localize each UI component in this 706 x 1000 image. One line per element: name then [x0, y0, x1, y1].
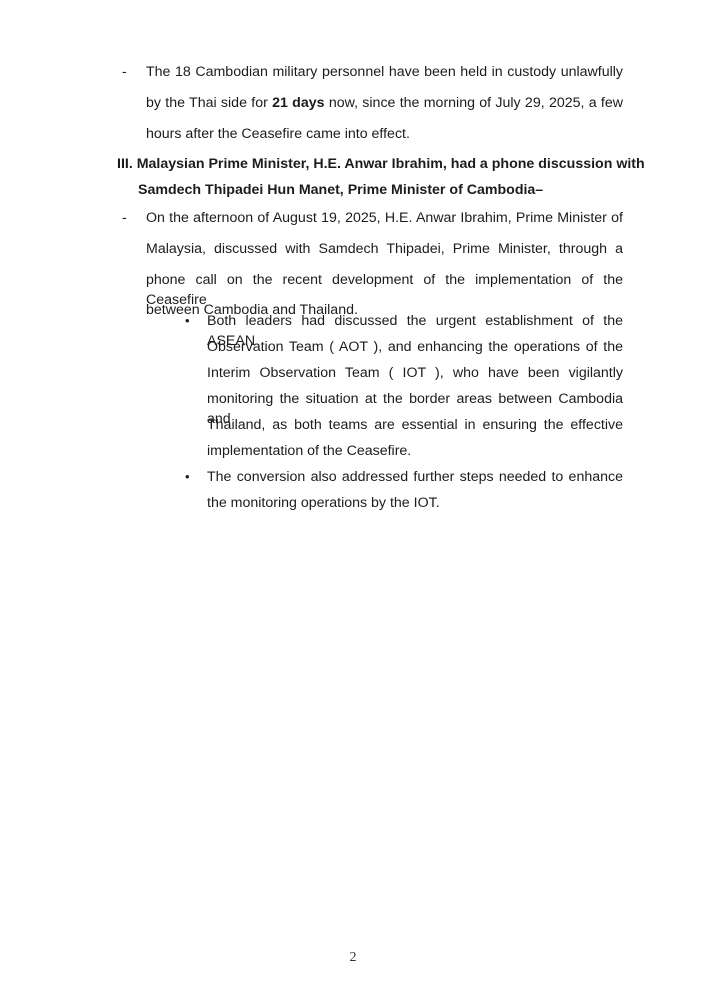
paragraph-line: On the afternoon of August 19, 2025, H.E…: [146, 208, 623, 228]
emphasis-days: 21 days: [272, 95, 324, 111]
bullet-line: Interim Observation Team ( IOT ), who ha…: [207, 363, 623, 383]
custody-line-2: by the Thai side for 21 days now, since …: [146, 93, 623, 113]
bullet-line: The conversion also addressed further st…: [207, 467, 623, 487]
bullet-icon: •: [185, 311, 190, 331]
text-segment: by the Thai side for: [146, 95, 272, 111]
page-number: 2: [0, 950, 706, 966]
bullet-line: Thailand, as both teams are essential in…: [207, 415, 623, 435]
bullet-line: Observation Team ( AOT ), and enhancing …: [207, 337, 623, 357]
section-heading-line-1: III. Malaysian Prime Minister, H.E. Anwa…: [117, 154, 645, 174]
custody-line-3: hours after the Ceasefire came into effe…: [146, 124, 410, 144]
custody-line-1: The 18 Cambodian military personnel have…: [146, 62, 623, 82]
section-heading-line-2: Samdech Thipadei Hun Manet, Prime Minist…: [138, 180, 543, 200]
dash-marker: -: [122, 62, 127, 82]
paragraph-line: Malaysia, discussed with Samdech Thipade…: [146, 239, 623, 259]
bullet-line: implementation of the Ceasefire.: [207, 441, 411, 461]
bullet-icon: •: [185, 467, 190, 487]
dash-marker: -: [122, 208, 127, 228]
bullet-line: the monitoring operations by the IOT.: [207, 493, 440, 513]
text-segment: now, since the morning of July 29, 2025,…: [325, 95, 623, 111]
